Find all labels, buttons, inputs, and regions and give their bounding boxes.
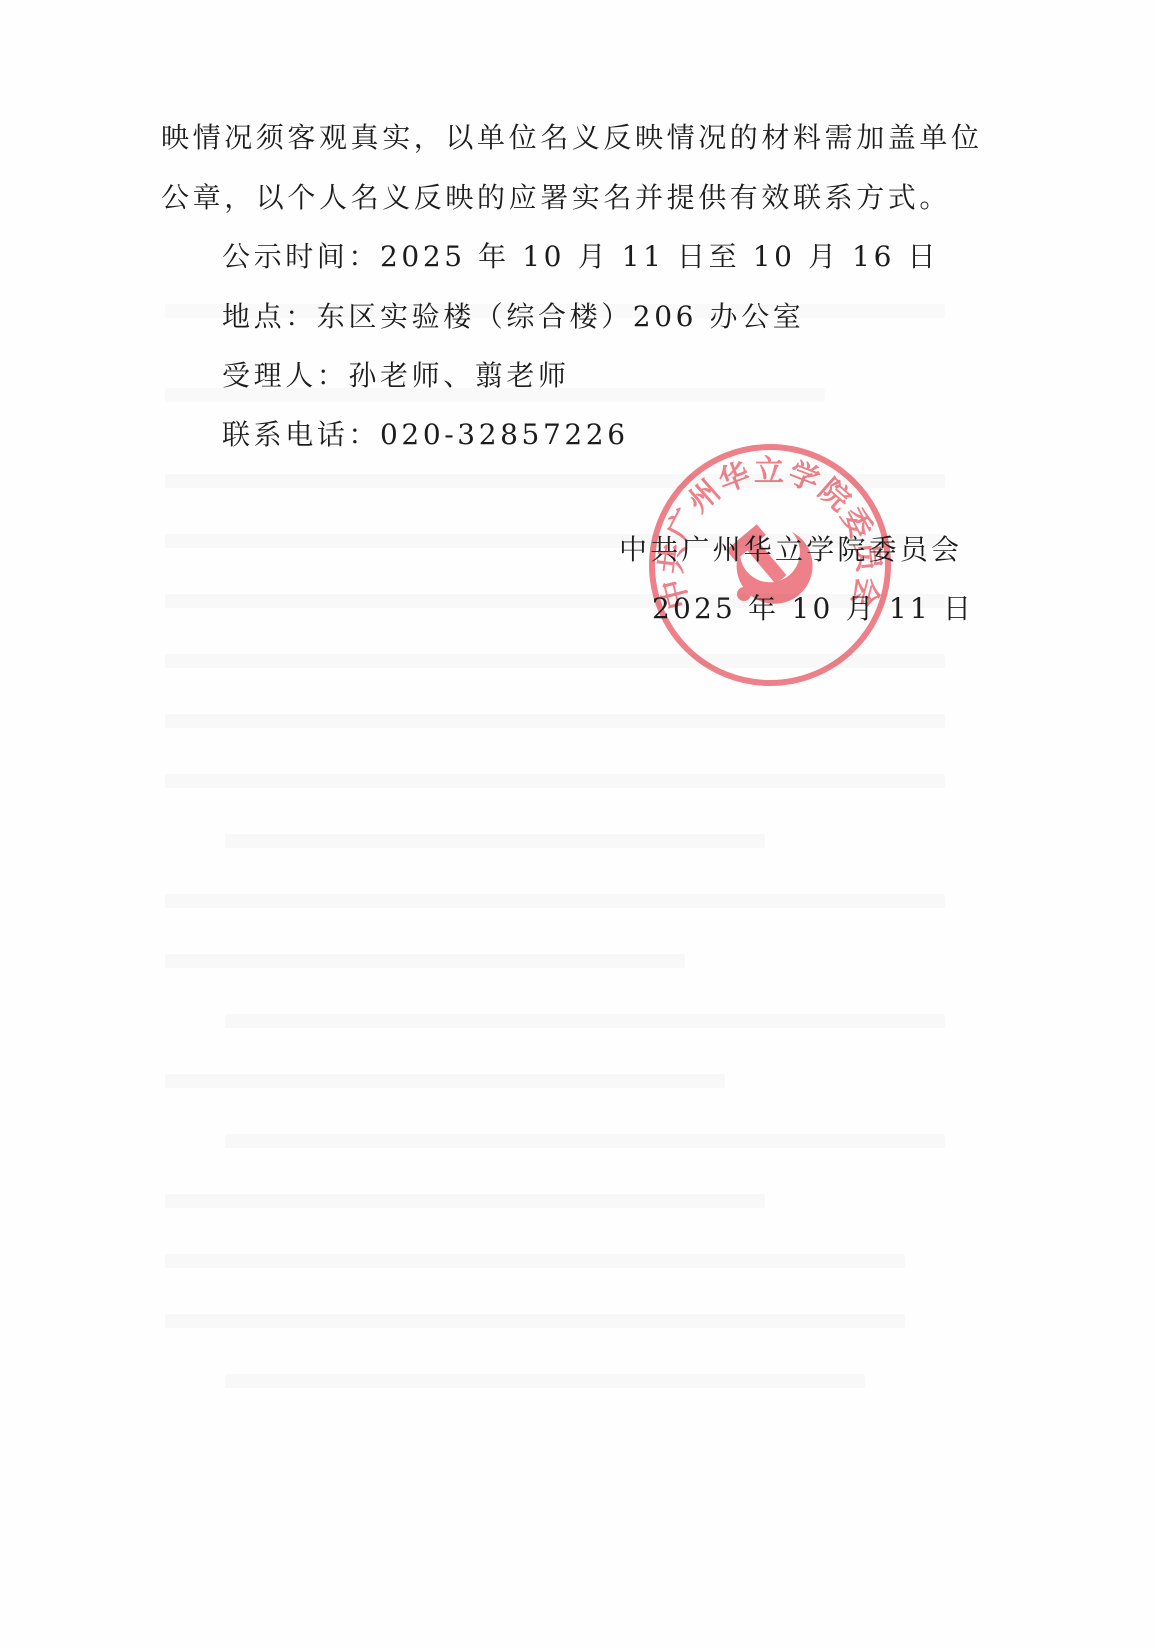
- contact-phone: 联系电话：020-32857226: [222, 417, 629, 453]
- paragraph-line-1: 映情况须客观真实，以单位名义反映情况的材料需加盖单位: [161, 120, 983, 156]
- handlers: 受理人：孙老师、翦老师: [222, 358, 570, 394]
- paragraph-line-2: 公章，以个人名义反映的应署实名并提供有效联系方式。: [161, 180, 951, 216]
- publicity-period: 公示时间：2025 年 10 月 11 日至 10 月 16 日: [222, 239, 939, 275]
- location: 地点：东区实验楼（综合楼）206 办公室: [222, 299, 804, 335]
- document-page: 中共广州华立学院委员会 映情况须客观真实，以单位名义反映情况的材料需加盖单位 公…: [0, 0, 1156, 1648]
- signing-organization: 中共广州华立学院委员会: [619, 532, 962, 568]
- signing-date: 2025 年 10 月 11 日: [652, 591, 974, 627]
